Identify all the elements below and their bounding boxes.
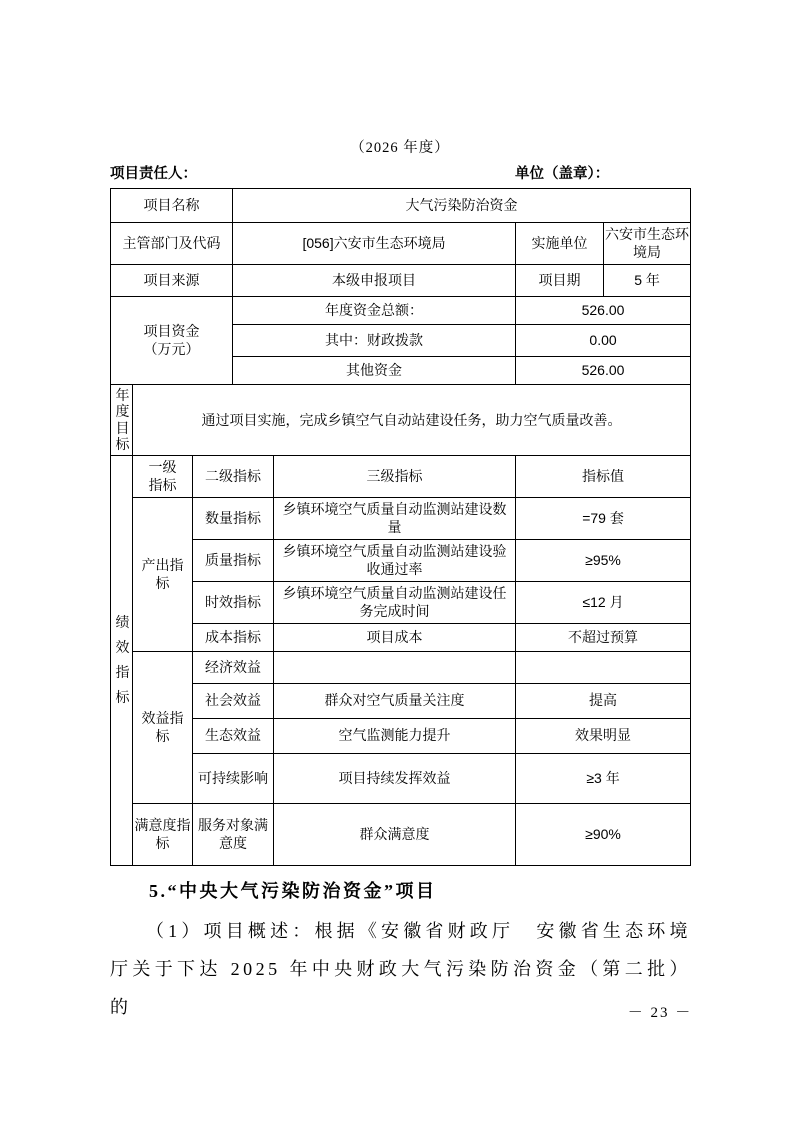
cost-indicator-value-cell: 不超过预算 bbox=[516, 623, 691, 651]
output-indicator-cell: 产出指标 bbox=[133, 497, 193, 651]
ecological-benefit-value-cell: 效果明显 bbox=[516, 718, 691, 753]
funds-other-label-cell: 其他资金 bbox=[233, 356, 516, 384]
row-project-name: 项目名称 大气污染防治资金 bbox=[111, 189, 691, 223]
social-benefit-text-cell: 群众对空气质量关注度 bbox=[274, 683, 516, 718]
ecological-benefit-label-cell: 生态效益 bbox=[193, 718, 274, 753]
section-heading: 5.“中央大气污染防治资金”项目 bbox=[149, 877, 437, 905]
project-funds-label-line1: 项目资金 bbox=[115, 322, 228, 340]
department-value-cell: [056]六安市生态环境局 bbox=[233, 223, 516, 265]
quantity-indicator-label-cell: 数量指标 bbox=[193, 497, 274, 539]
funds-total-label-cell: 年度资金总额： bbox=[233, 296, 516, 324]
sustainability-label-cell: 可持续影响 bbox=[193, 753, 274, 803]
unit-seal-label: 单位（盖章）： bbox=[515, 162, 609, 183]
row-indicator-timeliness: 时效指标 乡镇环境空气质量自动监测站建设任务完成时间 ≤12 月 bbox=[111, 581, 691, 623]
row-annual-goal: 年度目标 通过项目实施，完成乡镇空气自动站建设任务，助力空气质量改善。 bbox=[111, 384, 691, 455]
performance-label-cell: 绩效指标 bbox=[111, 455, 133, 865]
economic-benefit-label-cell: 经济效益 bbox=[193, 651, 274, 683]
project-source-value-cell: 本级申报项目 bbox=[233, 264, 516, 296]
funds-other-value-cell: 526.00 bbox=[516, 356, 691, 384]
quality-indicator-value-cell: ≥95% bbox=[516, 539, 691, 581]
row-indicator-satisfaction: 满意度指标 服务对象满意度 群众满意度 ≥90% bbox=[111, 803, 691, 865]
row-funds-total: 项目资金 （万元） 年度资金总额： 526.00 bbox=[111, 296, 691, 324]
social-benefit-label-cell: 社会效益 bbox=[193, 683, 274, 718]
sustainability-value-cell: ≥3 年 bbox=[516, 753, 691, 803]
row-indicator-ecological: 生态效益 空气监测能力提升 效果明显 bbox=[111, 718, 691, 753]
row-indicator-quantity: 产出指标 数量指标 乡镇环境空气质量自动监测站建设数量 =79 套 bbox=[111, 497, 691, 539]
row-department: 主管部门及代码 [056]六安市生态环境局 实施单位 六安市生态环境局 bbox=[111, 223, 691, 265]
quantity-indicator-value-cell: =79 套 bbox=[516, 497, 691, 539]
satisfaction-indicator-cell: 满意度指标 bbox=[133, 803, 193, 865]
row-indicator-cost: 成本指标 项目成本 不超过预算 bbox=[111, 623, 691, 651]
header-level2-cell: 二级指标 bbox=[193, 455, 274, 497]
timeliness-indicator-label-cell: 时效指标 bbox=[193, 581, 274, 623]
row-indicator-header: 绩效指标 一级指标 二级指标 三级指标 指标值 bbox=[111, 455, 691, 497]
responsible-person-label: 项目责任人： bbox=[110, 166, 197, 182]
performance-label: 绩效指标 bbox=[115, 610, 130, 710]
row-indicator-social: 社会效益 群众对空气质量关注度 提高 bbox=[111, 683, 691, 718]
cost-indicator-label-cell: 成本指标 bbox=[193, 623, 274, 651]
cost-indicator-text-cell: 项目成本 bbox=[274, 623, 516, 651]
quantity-indicator-text-cell: 乡镇环境空气质量自动监测站建设数量 bbox=[274, 497, 516, 539]
year-heading: （2026 年度） bbox=[110, 136, 690, 157]
row-indicator-economic: 效益指标 经济效益 bbox=[111, 651, 691, 683]
annual-goal-label: 年度目标 bbox=[115, 387, 130, 453]
project-funds-label-line2: （万元） bbox=[115, 340, 228, 358]
header-level1: 一级指标 bbox=[147, 458, 178, 495]
implement-unit-value-cell: 六安市生态环境局 bbox=[604, 223, 691, 265]
sustainability-text-cell: 项目持续发挥效益 bbox=[274, 753, 516, 803]
service-object-satisfaction-label-cell: 服务对象满意度 bbox=[193, 803, 274, 865]
economic-benefit-text-cell bbox=[274, 651, 516, 683]
project-name-label-cell: 项目名称 bbox=[111, 189, 233, 223]
project-name-value-cell: 大气污染防治资金 bbox=[233, 189, 691, 223]
department-label-cell: 主管部门及代码 bbox=[111, 223, 233, 265]
quality-indicator-text-cell: 乡镇环境空气质量自动监测站建设验收通过率 bbox=[274, 539, 516, 581]
row-indicator-quality: 质量指标 乡镇环境空气质量自动监测站建设验收通过率 ≥95% bbox=[111, 539, 691, 581]
economic-benefit-value-cell bbox=[516, 651, 691, 683]
row-indicator-sustainability: 可持续影响 项目持续发挥效益 ≥3 年 bbox=[111, 753, 691, 803]
project-performance-table: 项目名称 大气污染防治资金 主管部门及代码 [056]六安市生态环境局 实施单位… bbox=[110, 188, 691, 866]
page-number: － 23 － bbox=[590, 1001, 730, 1022]
satisfaction-value-cell: ≥90% bbox=[516, 803, 691, 865]
header-level3-cell: 三级指标 bbox=[274, 455, 516, 497]
annual-goal-label-cell: 年度目标 bbox=[111, 384, 133, 455]
annual-goal-text-cell: 通过项目实施，完成乡镇空气自动站建设任务，助力空气质量改善。 bbox=[133, 384, 691, 455]
project-source-label-cell: 项目来源 bbox=[111, 264, 233, 296]
header-level1-cell: 一级指标 bbox=[133, 455, 193, 497]
ecological-benefit-text-cell: 空气监测能力提升 bbox=[274, 718, 516, 753]
project-period-label-cell: 项目期 bbox=[516, 264, 604, 296]
project-period-value-cell: 5 年 bbox=[604, 264, 691, 296]
timeliness-indicator-value-cell: ≤12 月 bbox=[516, 581, 691, 623]
funds-fiscal-value-cell: 0.00 bbox=[516, 324, 691, 356]
header-value-cell: 指标值 bbox=[516, 455, 691, 497]
row-project-source: 项目来源 本级申报项目 项目期 5 年 bbox=[111, 264, 691, 296]
social-benefit-value-cell: 提高 bbox=[516, 683, 691, 718]
funds-total-value-cell: 526.00 bbox=[516, 296, 691, 324]
quality-indicator-label-cell: 质量指标 bbox=[193, 539, 274, 581]
signature-line: 项目责任人： 单位（盖章）： bbox=[110, 162, 690, 182]
timeliness-indicator-text-cell: 乡镇环境空气质量自动监测站建设任务完成时间 bbox=[274, 581, 516, 623]
project-funds-label-cell: 项目资金 （万元） bbox=[111, 296, 233, 384]
satisfaction-text-cell: 群众满意度 bbox=[274, 803, 516, 865]
benefit-indicator-cell: 效益指标 bbox=[133, 651, 193, 803]
funds-fiscal-label-cell: 其中：财政拨款 bbox=[233, 324, 516, 356]
implement-unit-label-cell: 实施单位 bbox=[516, 223, 604, 265]
